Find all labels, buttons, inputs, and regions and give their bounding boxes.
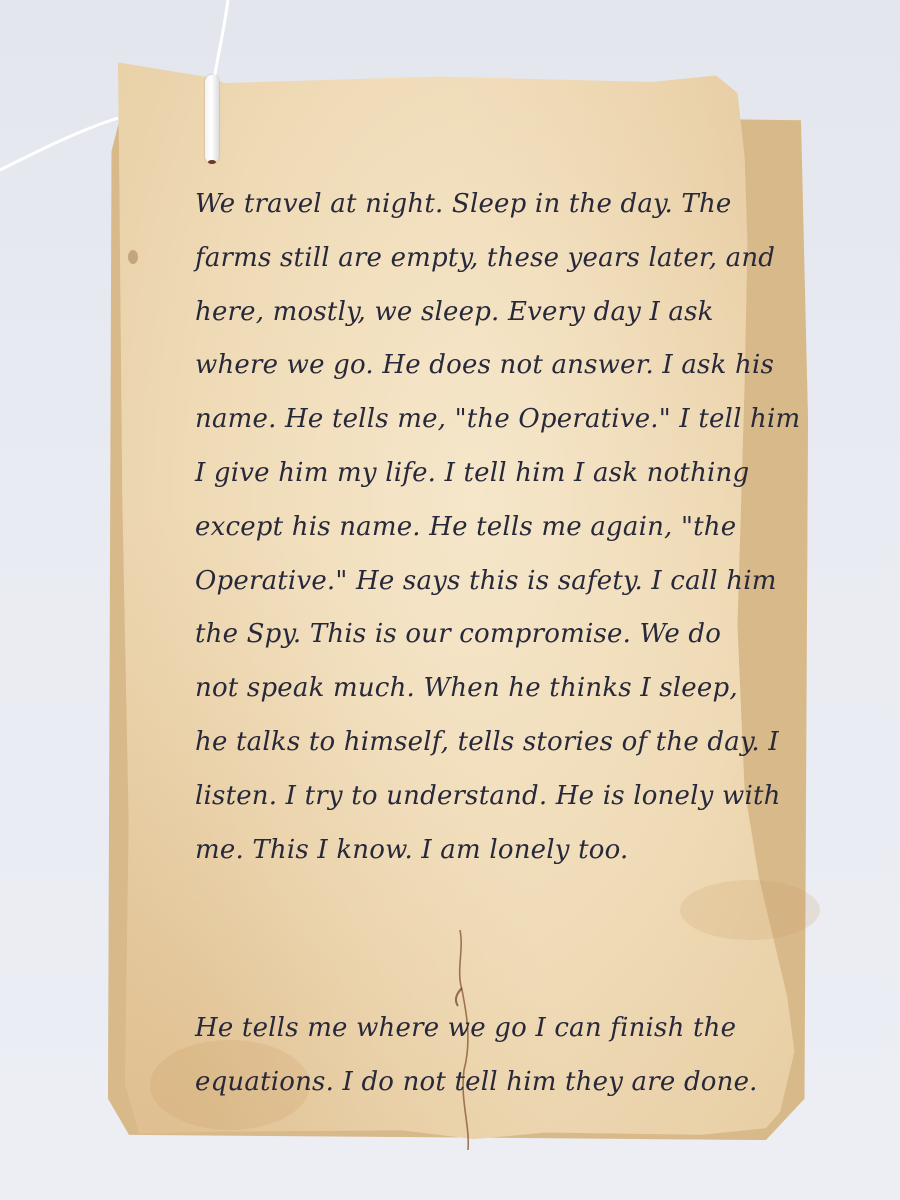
paragraph-1: We travel at night. Sleep in the day. Th… (195, 178, 795, 877)
paragraph-gap (195, 877, 795, 1002)
text-line: farms still are empty, these years later… (195, 232, 795, 286)
text-line: equations. I do not tell him they are do… (195, 1056, 795, 1110)
text-line: here, mostly, we sleep. Every day I ask (195, 286, 795, 340)
text-line: I give him my life. I tell him I ask not… (195, 447, 795, 501)
text-line: listen. I try to understand. He is lonel… (195, 770, 795, 824)
text-line: We travel at night. Sleep in the day. Th… (195, 178, 795, 232)
paragraph-2: He tells me where we go I can finish the… (195, 1002, 795, 1110)
punch-hole (208, 160, 216, 164)
text-line: where we go. He does not answer. I ask h… (195, 339, 795, 393)
text-line: name. He tells me, "the Operative." I te… (195, 393, 795, 447)
text-line: me. This I know. I am lonely too. (195, 824, 795, 878)
text-line: he talks to himself, tells stories of th… (195, 716, 795, 770)
text-line: not speak much. When he thinks I sleep, (195, 662, 795, 716)
text-line: Operative." He says this is safety. I ca… (195, 555, 795, 609)
string-loop (205, 75, 219, 163)
text-line: He tells me where we go I can finish the (195, 1002, 795, 1056)
text-line: the Spy. This is our compromise. We do (195, 608, 795, 662)
handwritten-text: We travel at night. Sleep in the day. Th… (195, 178, 795, 1110)
text-line: except his name. He tells me again, "the (195, 501, 795, 555)
